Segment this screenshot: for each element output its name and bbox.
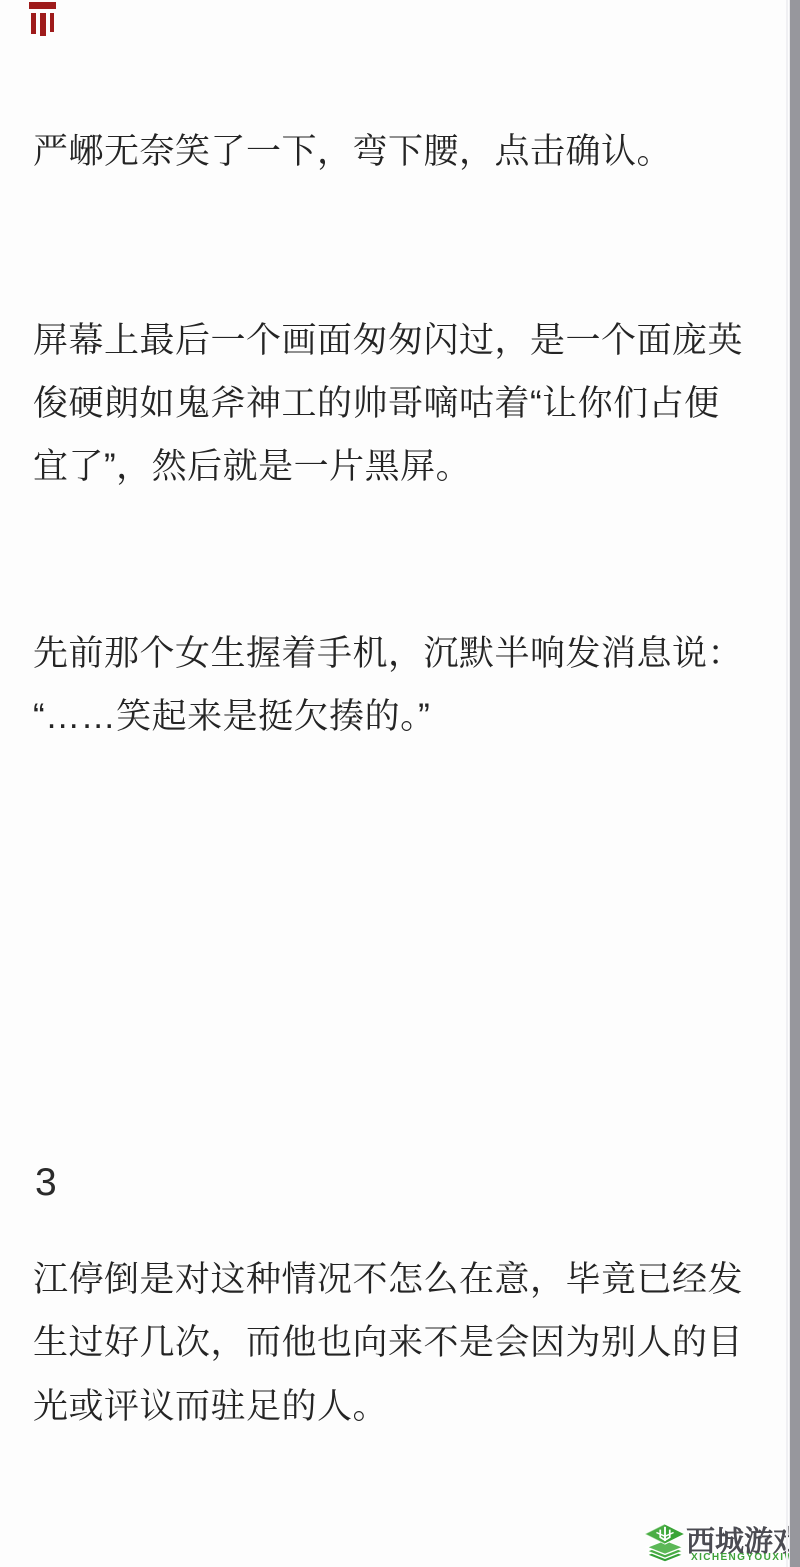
novel-reader-page: 严峫无奈笑了一下，弯下腰，点击确认。 屏幕上最后一个画面匆匆闪过，是一个面庞英 … — [0, 0, 800, 1567]
text-line: “……笑起来是挺欠揍的。” — [33, 696, 763, 738]
text-line: 光或评议而驻足的人。 — [33, 1386, 763, 1428]
red-mark-stroke — [40, 13, 46, 36]
red-mark-stroke — [29, 2, 56, 9]
scrollbar-track — [786, 0, 788, 1567]
text-line: 屏幕上最后一个画面匆匆闪过，是一个面庞英 — [33, 320, 763, 362]
layered-leaf-stack-logo-icon — [644, 1523, 686, 1563]
red-mark-stroke — [50, 13, 54, 32]
red-mark-stroke — [31, 13, 36, 34]
text-line: 严峫无奈笑了一下，弯下腰，点击确认。 — [33, 131, 763, 173]
section-number: 3 — [35, 1161, 57, 1205]
red-partial-character-mark — [29, 0, 56, 36]
scrollbar[interactable] — [789, 0, 800, 1567]
text-line: 俊硬朗如鬼斧神工的帅哥嘀咕着“让你们占便 — [33, 383, 763, 425]
text-line: 江停倒是对这种情况不怎么在意，毕竟已经发 — [33, 1259, 763, 1301]
watermark-subtitle: XICHENGYOUXIWANG — [691, 1552, 800, 1563]
text-line: 先前那个女生握着手机，沉默半响发消息说： — [33, 633, 763, 675]
text-line: 宜了”，然后就是一片黑屏。 — [33, 446, 763, 488]
watermark: 西城游戏网 XICHENGYOUXIWANG — [640, 1518, 800, 1567]
text-line: 生过好几次，而他也向来不是会因为别人的目 — [33, 1322, 763, 1364]
